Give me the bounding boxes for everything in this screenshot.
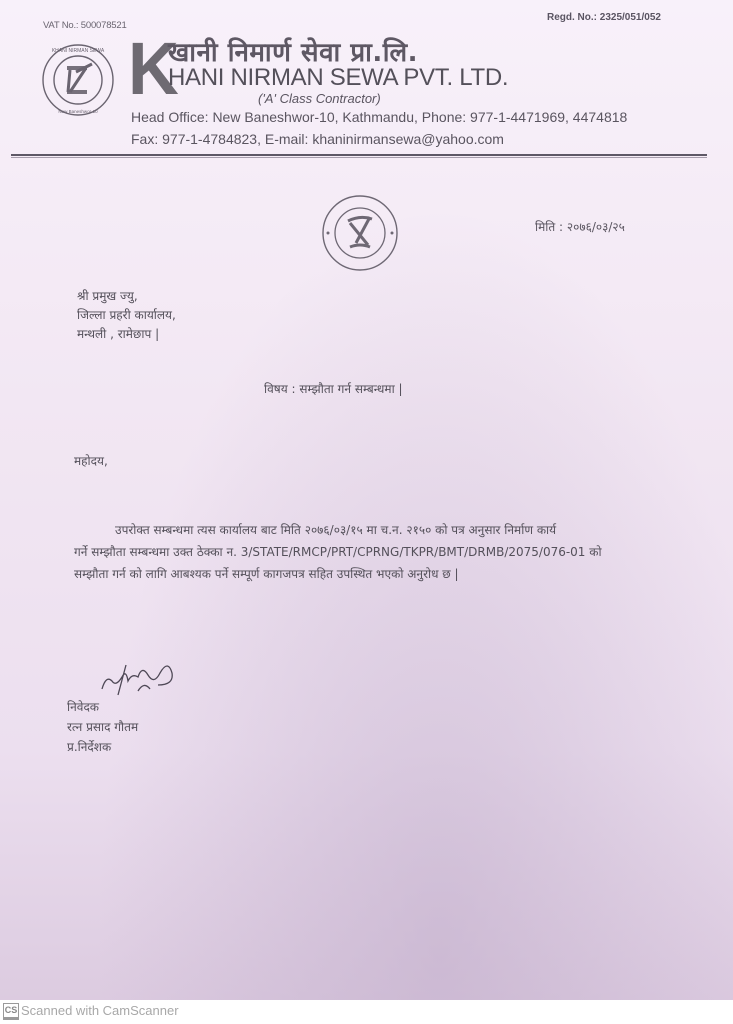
recipient-line-1: श्री प्रमुख ज्यु,	[77, 287, 138, 304]
signature-icon	[98, 655, 178, 697]
letterhead-divider-thin	[11, 157, 707, 158]
letter-date: मिति : २०७६/०३/२५	[535, 218, 625, 235]
svg-text:KHANI NIRMAN SEWA: KHANI NIRMAN SEWA	[52, 48, 105, 54]
fax-email: Fax: 977-1-4784823, E-mail: khaninirmans…	[131, 131, 504, 147]
recipient-line-2: जिल्ला प्रहरी कार्यालय,	[77, 306, 176, 323]
camscanner-watermark-text: Scanned with CamScanner	[21, 1003, 179, 1018]
registration-number: Regd. No.: 2325/051/052	[547, 12, 661, 23]
signatory-title: प्र.निर्देशक	[67, 738, 111, 755]
camscanner-logo-icon: CS	[3, 1003, 19, 1020]
company-name-english: HANI NIRMAN SEWA PVT. LTD.	[168, 64, 508, 92]
svg-text:New Baneshwor-10: New Baneshwor-10	[58, 109, 98, 114]
body-line-3: सम्झौता गर्न को लागि आबश्यक पर्ने सम्पूर…	[74, 565, 459, 582]
letter-subject: विषय : सम्झौता गर्न सम्बन्धमा |	[264, 380, 403, 397]
body-line-2: गर्ने सम्झौता सम्बन्धमा उक्त ठेक्का न. 3…	[74, 543, 602, 560]
vat-number: VAT No.: 500078521	[43, 20, 127, 31]
signatory-label: निवेदक	[67, 698, 99, 715]
salutation: महोदय,	[74, 452, 108, 469]
letterhead-divider	[11, 154, 707, 156]
head-office-address: Head Office: New Baneshwor-10, Kathmandu…	[131, 109, 627, 125]
signatory-name: रत्न प्रसाद गौतम	[67, 718, 138, 735]
scanned-letter-page: VAT No.: 500078521 Regd. No.: 2325/051/0…	[0, 0, 733, 1000]
company-stamp-icon	[320, 193, 400, 273]
contractor-class: ('A' Class Contractor)	[258, 91, 381, 106]
body-line-1: उपरोक्त सम्बन्धमा त्यस कार्यालय बाट मिति…	[115, 521, 556, 538]
recipient-line-3: मन्थली , रामेछाप |	[77, 325, 159, 342]
camscanner-footer: CS Scanned with CamScanner	[0, 1000, 733, 1024]
company-seal-icon: KHANI NIRMAN SEWA New Baneshwor-10	[40, 42, 116, 118]
